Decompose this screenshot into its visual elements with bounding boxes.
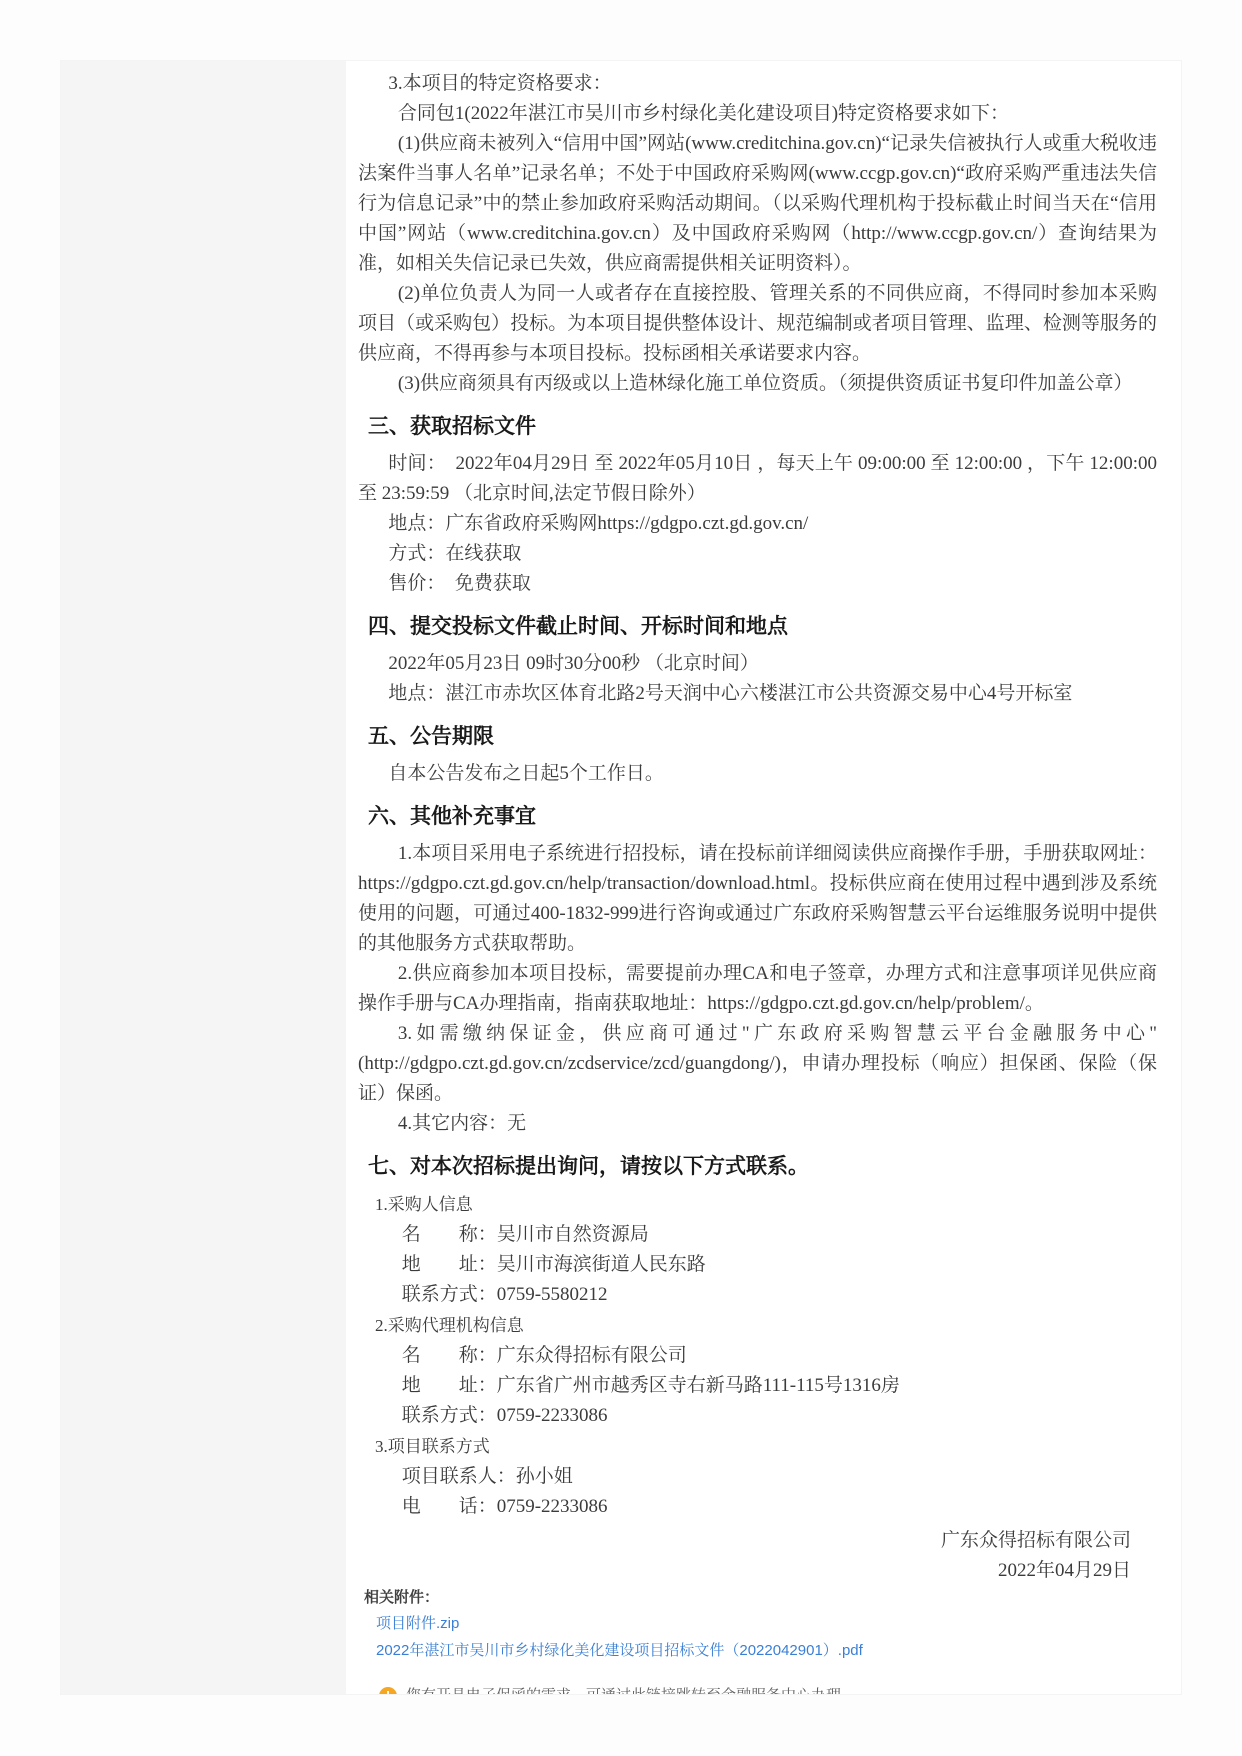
warning-icon: ! (379, 1687, 397, 1694)
purchaser-name: 名 称：吴川市自然资源局 (358, 1220, 1157, 1250)
qualification-package: 合同包1(2022年湛江市吴川市乡村绿化美化建设项目)特定资格要求如下： (358, 99, 1157, 129)
project-contact-person: 项目联系人：孙小姐 (358, 1462, 1157, 1492)
section-title-obtain-documents: 三、获取招标文件 (358, 412, 1157, 440)
opening-place: 地点：湛江市赤坎区体育北路2号天润中心六楼湛江市公共资源交易中心4号开标室 (358, 679, 1157, 709)
section-title-supplementary: 六、其他补充事宜 (358, 802, 1157, 830)
announcement-period: 自本公告发布之日起5个工作日。 (358, 759, 1157, 789)
purchaser-address: 地 址：吴川市海滨街道人民东路 (358, 1250, 1157, 1280)
page-background: 3.本项目的特定资格要求： 合同包1(2022年湛江市吴川市乡村绿化美化建设项目… (0, 0, 1242, 1756)
project-contact-phone: 电 话：0759-2233086 (358, 1492, 1157, 1522)
signature-date: 2022年04月29日 (358, 1556, 1131, 1586)
submission-deadline: 2022年05月23日 09时30分00秒 （北京时间） (358, 649, 1157, 679)
e-guarantee-notice: ! 您有开具电子保函的需求，可通过此链接跳转至金融服务中心办理 https://… (358, 1682, 1157, 1694)
signature-block: 广东众得招标有限公司 2022年04月29日 (358, 1526, 1157, 1586)
project-contact-label: 3.项目联系方式 (358, 1431, 1157, 1462)
qualification-intro: 3.本项目的特定资格要求： (358, 69, 1157, 99)
signature-company: 广东众得招标有限公司 (358, 1526, 1131, 1556)
supplementary-item-1: 1.本项目采用电子系统进行招投标，请在投标前详细阅读供应商操作手册，手册获取网址… (358, 839, 1157, 959)
section-title-announcement-period: 五、公告期限 (358, 722, 1157, 750)
attachments-label: 相关附件： (364, 1586, 1157, 1610)
supplementary-item-3: 3.如需缴纳保证金，供应商可通过"广东政府采购智慧云平台金融服务中心"(http… (358, 1019, 1157, 1109)
obtain-time: 时间： 2022年04月29日 至 2022年05月10日 ，每天上午 09:0… (358, 449, 1157, 509)
purchaser-contact: 联系方式：0759-5580212 (358, 1280, 1157, 1310)
obtain-method: 方式：在线获取 (358, 539, 1157, 569)
attachment-link-pdf[interactable]: 2022年湛江市吴川市乡村绿化美化建设项目招标文件（2022042901）.pd… (376, 1637, 1157, 1664)
supplementary-item-2: 2.供应商参加本项目投标，需要提前办理CA和电子签章，办理方式和注意事项详见供应… (358, 959, 1157, 1019)
agency-contact: 联系方式：0759-2233086 (358, 1401, 1157, 1431)
purchaser-info-label: 1.采购人信息 (358, 1189, 1157, 1220)
obtain-price: 售价： 免费获取 (358, 569, 1157, 599)
attachments-and-notice: 相关附件： 项目附件.zip 2022年湛江市吴川市乡村绿化美化建设项目招标文件… (358, 1586, 1157, 1694)
qualification-requirement-3: (3)供应商须具有丙级或以上造林绿化施工单位资质。（须提供资质证书复印件加盖公章… (358, 369, 1157, 399)
announcement-card: 3.本项目的特定资格要求： 合同包1(2022年湛江市吴川市乡村绿化美化建设项目… (60, 60, 1182, 1695)
attachment-link-zip[interactable]: 项目附件.zip (376, 1610, 1157, 1637)
announcement-content: 3.本项目的特定资格要求： 合同包1(2022年湛江市吴川市乡村绿化美化建设项目… (346, 61, 1181, 1694)
e-guarantee-notice-text: 您有开具电子保函的需求，可通过此链接跳转至金融服务中心办理 (406, 1682, 841, 1694)
sidebar-panel (61, 61, 346, 1694)
obtain-place: 地点：广东省政府采购网https://gdgpo.czt.gd.gov.cn/ (358, 509, 1157, 539)
agency-address: 地 址：广东省广州市越秀区寺右新马路111-115号1316房 (358, 1371, 1157, 1401)
section-title-submission-deadline: 四、提交投标文件截止时间、开标时间和地点 (358, 612, 1157, 640)
agency-info-label: 2.采购代理机构信息 (358, 1310, 1157, 1341)
supplementary-item-4: 4.其它内容：无 (358, 1109, 1157, 1139)
agency-name: 名 称：广东众得招标有限公司 (358, 1341, 1157, 1371)
qualification-requirement-2: (2)单位负责人为同一人或者存在直接控股、管理关系的不同供应商，不得同时参加本采… (358, 279, 1157, 369)
qualification-requirement-1: (1)供应商未被列入“信用中国”网站(www.creditchina.gov.c… (358, 129, 1157, 279)
section-title-contact: 七、对本次招标提出询问，请按以下方式联系。 (358, 1152, 1157, 1180)
